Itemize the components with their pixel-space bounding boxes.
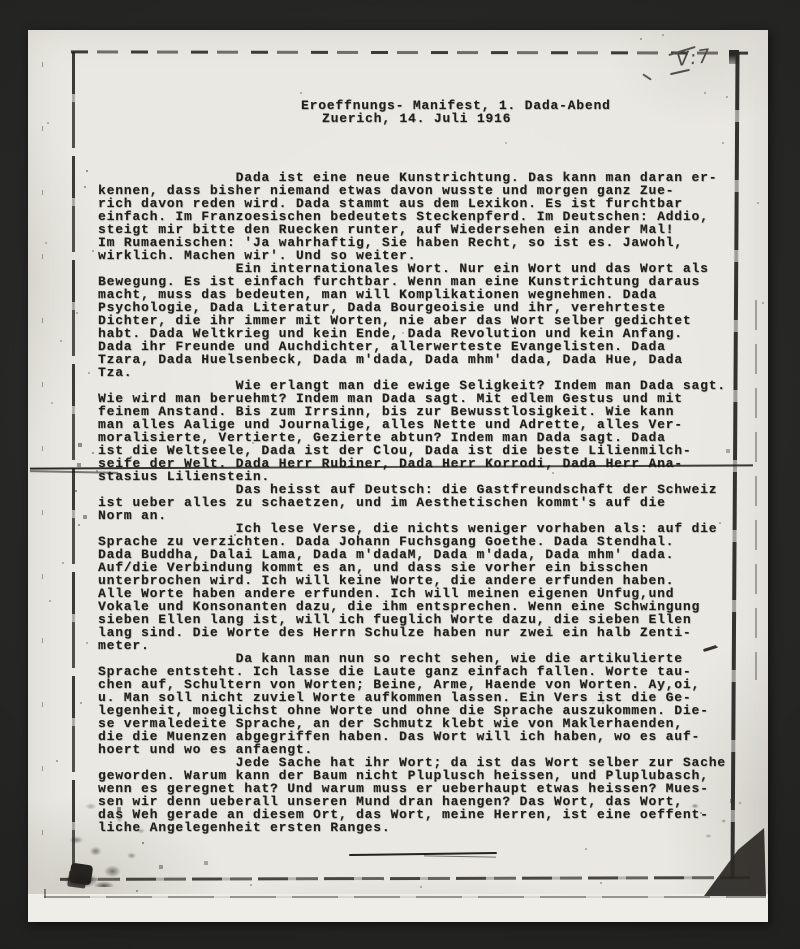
second-sheet-edge-line bbox=[44, 896, 766, 898]
handwritten-page-number: V:7 bbox=[675, 45, 713, 71]
photocopy-border-corner-top-right bbox=[729, 50, 739, 64]
photocopy-border-left bbox=[72, 52, 75, 878]
second-sheet-edge-tick bbox=[44, 889, 46, 898]
paper-left-edge-marks bbox=[42, 62, 43, 888]
document-title-line2: Zuerich, 14. Juli 1916 bbox=[322, 112, 511, 125]
scan-background: Eroeffnungs- Manifest, 1. Dada-Abend Zue… bbox=[0, 0, 800, 949]
toner-smudge-bottom-left bbox=[62, 775, 182, 887]
photocopy-border-right-faint bbox=[755, 300, 757, 680]
document-body-text: Dada ist eine neue Kunstrichtung. Das ka… bbox=[98, 171, 726, 834]
toner-specks-bottom-right bbox=[668, 788, 758, 848]
dust-specks bbox=[0, 0, 2, 2]
second-sheet-edge bbox=[28, 894, 768, 922]
